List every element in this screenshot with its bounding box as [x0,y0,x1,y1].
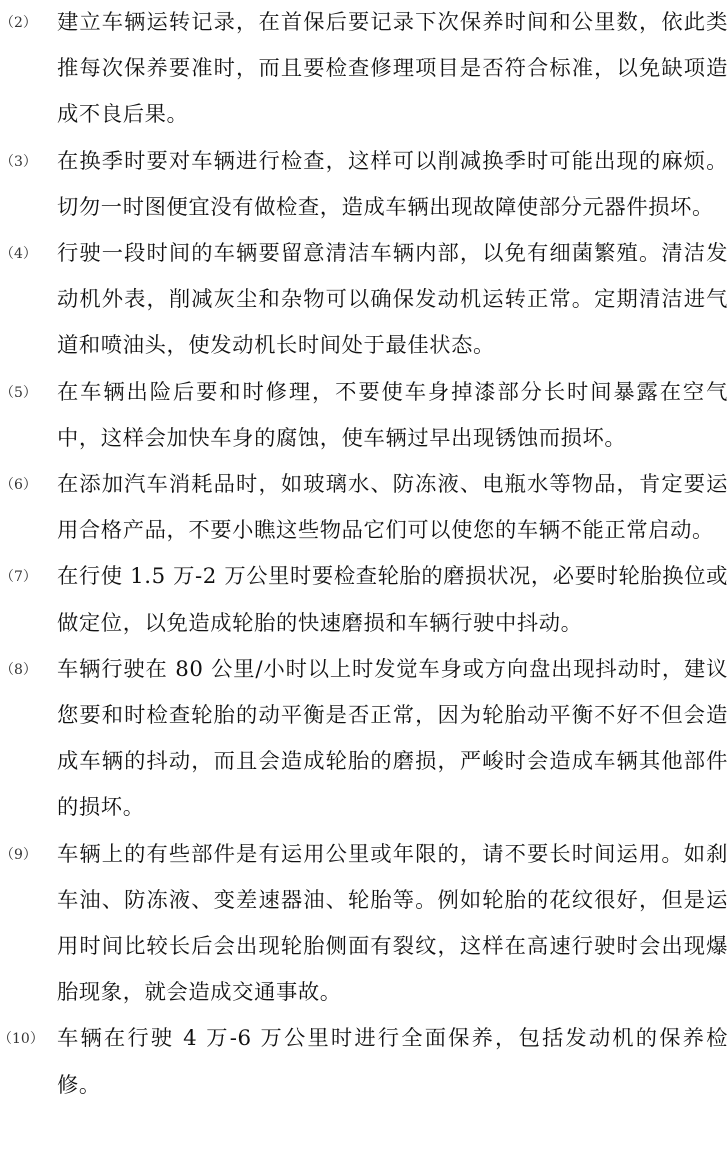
item-text: 在添加汽车消耗品时，如玻璃水、防冻液、电瓶水等物品，肯定要运用合格产品，不要小瞧… [57,462,728,554]
item-text: 车辆在行驶 4 万-6 万公里时进行全面保养，包括发动机的保养检修。 [57,1016,728,1108]
item-number: （9） [0,832,56,878]
item-number: （3） [0,139,56,185]
item-text: 建立车辆运转记录，在首保后要记录下次保养时间和公里数，依此类推每次保养要准时，而… [57,0,728,139]
list-item-9: （9） 车辆上的有些部件是有运用公里或年限的，请不要长时间运用。如刹车油、防冻液… [0,832,728,1017]
list-item-5: （5） 在车辆出险后要和时修理，不要使车身掉漆部分长时间暴露在空气中，这样会加快… [0,370,728,462]
item-text: 在车辆出险后要和时修理，不要使车身掉漆部分长时间暴露在空气中，这样会加快车身的腐… [57,370,728,462]
list-item-2: （2） 建立车辆运转记录，在首保后要记录下次保养时间和公里数，依此类推每次保养要… [0,0,728,139]
list-item-8: （8） 车辆行驶在 80 公里/小时以上时发觉车身或方向盘出现抖动时，建议您要和… [0,647,728,832]
list-item-4: （4） 行驶一段时间的车辆要留意清洁车辆内部，以免有细菌繁殖。清洁发动机外表，削… [0,231,728,370]
item-text: 车辆上的有些部件是有运用公里或年限的，请不要长时间运用。如刹车油、防冻液、变差速… [57,832,728,1017]
list-item-3: （3） 在换季时要对车辆进行检查，这样可以削减换季时可能出现的麻烦。切勿一时图便… [0,139,728,231]
document-page: （2） 建立车辆运转记录，在首保后要记录下次保养时间和公里数，依此类推每次保养要… [0,0,728,1109]
item-number: （4） [0,231,56,277]
item-text: 车辆行驶在 80 公里/小时以上时发觉车身或方向盘出现抖动时，建议您要和时检查轮… [57,647,728,832]
item-text: 在换季时要对车辆进行检查，这样可以削减换季时可能出现的麻烦。切勿一时图便宜没有做… [57,139,728,231]
item-number: （2） [0,0,56,46]
list-item-7: （7） 在行使 1.5 万-2 万公里时要检查轮胎的磨损状况，必要时轮胎换位或做… [0,554,728,646]
item-number: （7） [0,554,56,600]
item-number: （5） [0,370,56,416]
item-number: （6） [0,462,56,508]
item-number: （8） [0,647,56,693]
item-text: 在行使 1.5 万-2 万公里时要检查轮胎的磨损状况，必要时轮胎换位或做定位，以… [57,554,728,646]
item-text: 行驶一段时间的车辆要留意清洁车辆内部，以免有细菌繁殖。清洁发动机外表，削减灰尘和… [57,231,728,370]
item-number: （10） [0,1016,54,1062]
list-item-10: （10） 车辆在行驶 4 万-6 万公里时进行全面保养，包括发动机的保养检修。 [0,1016,728,1108]
list-item-6: （6） 在添加汽车消耗品时，如玻璃水、防冻液、电瓶水等物品，肯定要运用合格产品，… [0,462,728,554]
